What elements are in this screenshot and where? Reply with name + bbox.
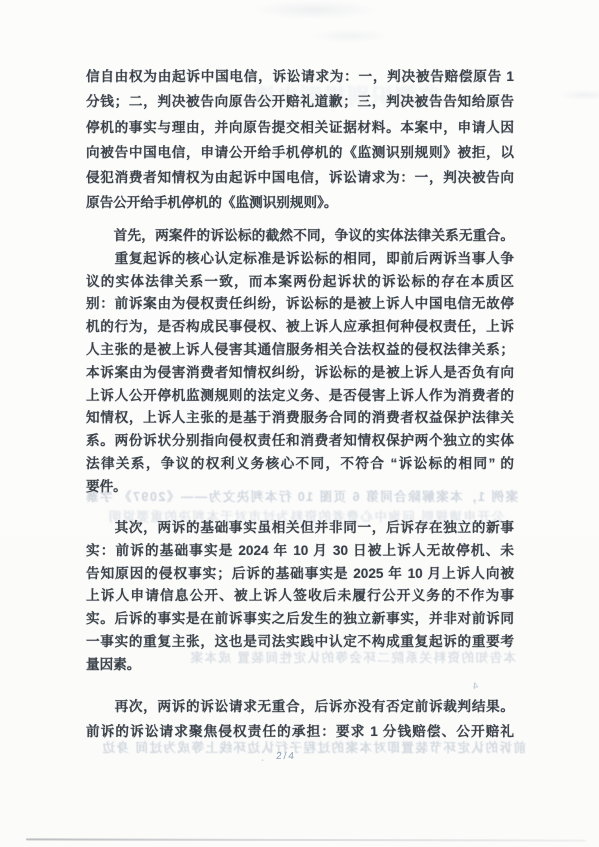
text-line: 原告公开给手机停机的《监测识别规则》。 [86,190,514,215]
text-line: 议的实体法律关系一致，而本案两份起诉状的诉讼标的存在本质区 [86,271,514,294]
text-line: 本诉案由为侵害消费者知情权纠纷，诉讼标的是被上诉人是否负有向 [86,362,514,385]
text-line: 知情权，上诉人主张的是基于消费服务合同的消费者权益保护法律关 [86,407,514,430]
text-line: 法律关系，争议的权利义务核心不同，不符合 “诉讼标的相同” 的 [86,453,514,476]
bleedthrough-mark: . [252,753,264,764]
text-line: 量因素。 [86,654,514,677]
text-line: 实。后诉的事实是在前诉事实之后发生的独立新事实，并非对前诉同 [86,608,514,631]
text-line: 前诉的诉讼请求聚焦侵权责任的承担：要求 1 分钱赔偿、公开赔礼 [86,719,514,744]
text-line: 别：前诉案由为侵权责任纠纷，诉讼标的是被上诉人中国电信无故停 [86,293,514,316]
text-line: 人主张的是被上诉人侵害其通信服务相关合法权益的侵权法律关系； [86,339,514,362]
page-number: 2/4 [276,751,297,762]
text-line: 机的行为，是否构成民事侵权、被上诉人应承担何种侵权责任，上诉 [86,316,514,339]
text-line: 实：前诉的基础事实是 2024 年 10 月 30 日被上诉人无故停机、未 [86,540,514,563]
text-line: 其次，两诉的基础事实虽相关但并非同一，后诉存在独立的新事 [86,517,514,540]
paragraph-third-point: 再次，两诉的诉讼请求无重合，后诉亦没有否定前诉裁判结果。前诉的诉讼请求聚焦侵权责… [86,694,514,744]
text-line: 上诉人申请信息公开、被上诉人签收后未履行公开义务的不作为事 [86,585,514,608]
scan-edge-line [26,838,586,841]
text-line: 要件。 [86,476,514,499]
bleedthrough-mark: 4 [462,681,478,691]
text-line: 信自由权为由起诉中国电信，诉讼请求为：一，判决被告赔偿原告 1 [86,64,514,89]
scanned-page: 监测识别规则申请 案例 1，本案解除合同第 6 页图 10 行本判决文为——《2… [0,0,599,847]
text-line: 分钱；二，判决被告向原告公开赔礼道歉；三，判决被告告知给原告 [86,89,514,114]
text-line: 停机的事实与理由，并向原告提交相关证据材料。本案中，申请人因 [86,115,514,140]
text-line: 一事实的重复主张，这也是司法实践中认定不构成重复起诉的重要考 [86,631,514,654]
paragraph-first-point: 首先，两案件的诉讼标的截然不同，争议的实体法律关系无重合。 重复起诉的核心认定标… [86,225,514,499]
text-line: 重复起诉的核心认定标准是诉讼标的相同，即前后两诉当事人争 [86,248,514,271]
text-line: 告知原因的侵权事实；后诉的基础事实是 2025 年 10 月上诉人向被 [86,563,514,586]
text-line: 上诉人公开停机监测规则的法定义务、是否侵害上诉人作为消费者的 [86,385,514,408]
text-line: 侵犯消费者知情权为由起诉中国电信，诉讼请求为：一，判决被告向 [86,165,514,190]
text-line: 向被告中国电信，申请公开给手机停机的《监测识别规则》被拒，以 [86,140,514,165]
paragraph-continuation: 信自由权为由起诉中国电信，诉讼请求为：一，判决被告赔偿原告 1分钱；二，判决被告… [86,64,514,216]
text-line: 系。两份诉状分别指向侵权责任和消费者知情权保护两个独立的实体 [86,430,514,453]
text-line: 再次，两诉的诉讼请求无重合，后诉亦没有否定前诉裁判结果。 [86,694,514,719]
paragraph-second-point: 其次，两诉的基础事实虽相关但并非同一，后诉存在独立的新事实：前诉的基础事实是 2… [86,517,514,677]
text-line: 首先，两案件的诉讼标的截然不同，争议的实体法律关系无重合。 [86,225,514,248]
